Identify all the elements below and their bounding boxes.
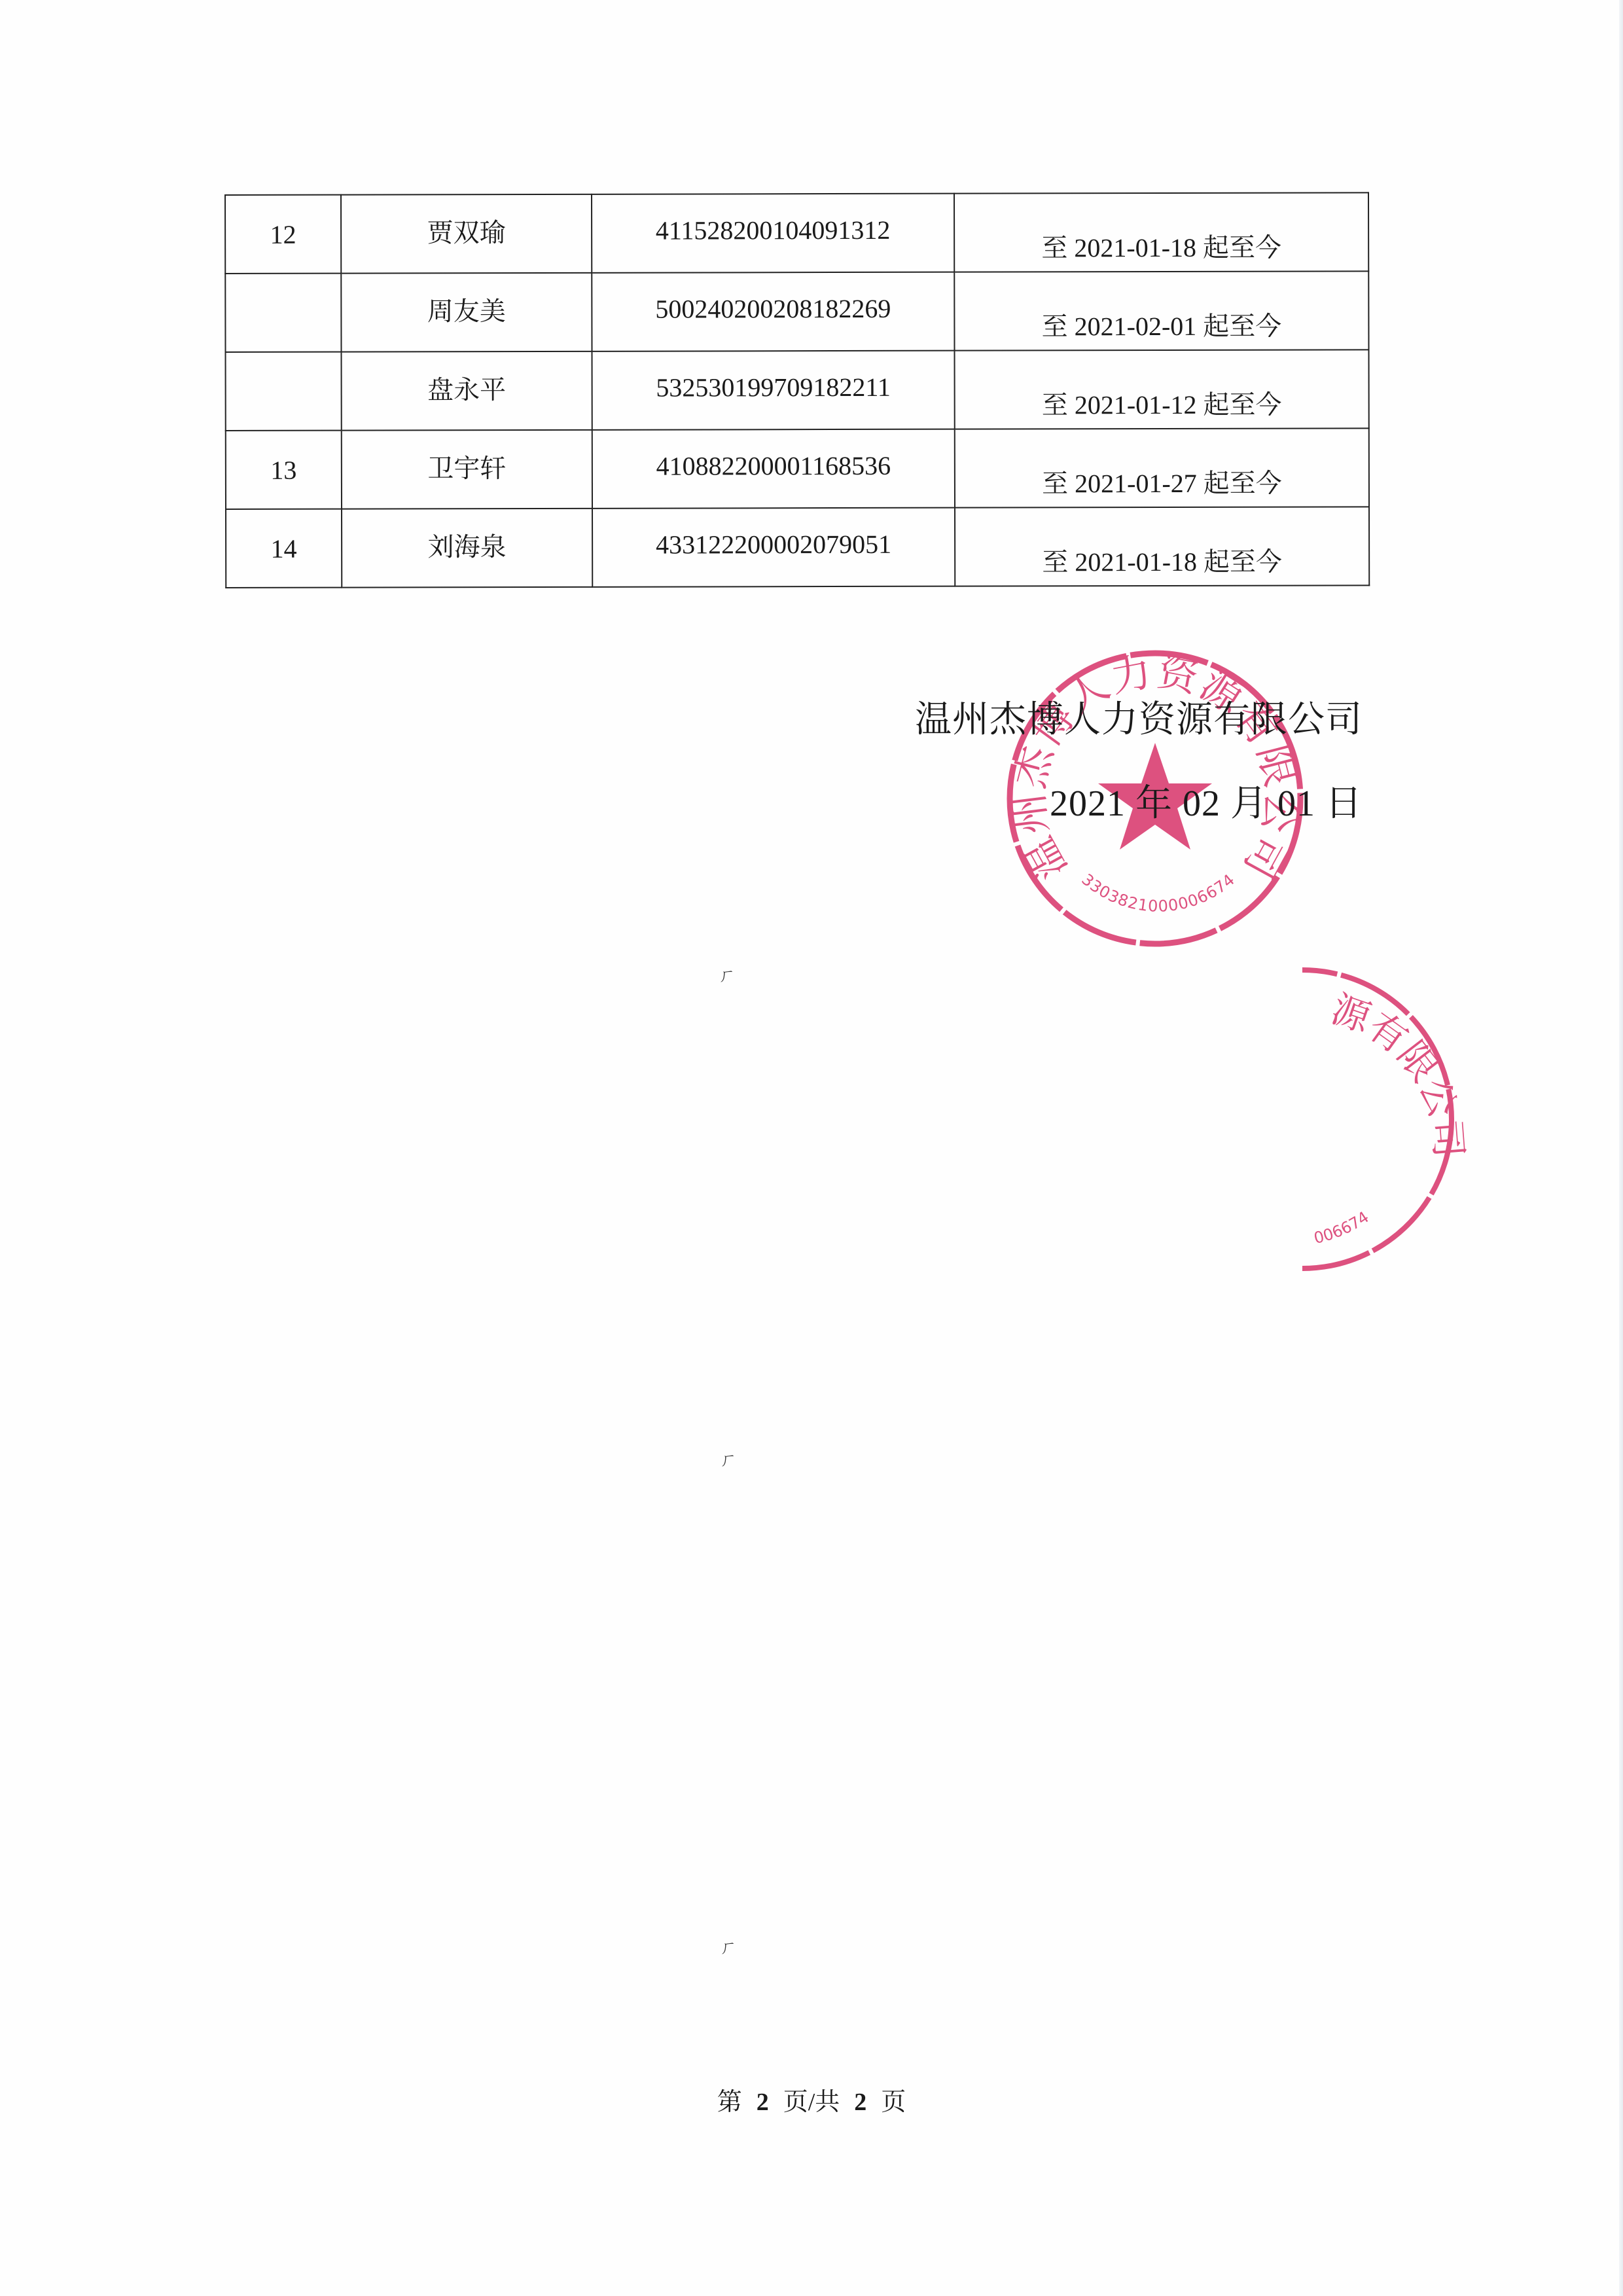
table-row: 盘永平532530199709182211至 2021-01-12 起至今 bbox=[226, 350, 1369, 431]
id-number: 410882200001168536 bbox=[592, 429, 955, 509]
employment-period: 至 2021-02-01 起至今 bbox=[954, 271, 1368, 350]
table-row: 14刘海泉433122200002079051至 2021-01-18 起至今 bbox=[226, 507, 1369, 588]
scan-speck: ㄏ bbox=[720, 1934, 737, 1958]
svg-text:3303821000006674: 3303821000006674 bbox=[1078, 870, 1238, 916]
employee-name: 盘永平 bbox=[342, 351, 592, 431]
page-suffix: 页 bbox=[881, 2089, 906, 2116]
scan-speck: ㄏ bbox=[720, 1446, 737, 1471]
svg-text:源有限公司: 源有限公司 bbox=[1326, 986, 1471, 1159]
employment-period: 至 2021-01-18 起至今 bbox=[954, 192, 1368, 272]
table-row: 12贾双瑜411528200104091312至 2021-01-18 起至今 bbox=[225, 192, 1368, 274]
row-number: 14 bbox=[226, 509, 342, 588]
employee-table: 12贾双瑜411528200104091312至 2021-01-18 起至今周… bbox=[224, 192, 1370, 588]
id-number: 500240200208182269 bbox=[592, 272, 954, 351]
scan-page-edge bbox=[1619, 0, 1623, 2296]
id-number: 411528200104091312 bbox=[592, 194, 954, 273]
row-number bbox=[226, 352, 342, 431]
page-number: 第2页/共2页 bbox=[0, 2081, 1623, 2117]
table-row: 13卫宇轩410882200001168536至 2021-01-27 起至今 bbox=[226, 428, 1369, 509]
signature-company: 温州杰博人力资源有限公司 bbox=[915, 691, 1363, 743]
page-prefix: 第 bbox=[717, 2089, 742, 2116]
signature-date: 2021 年 02 月 01 日 bbox=[1050, 774, 1363, 827]
scan-speck: ㄏ bbox=[719, 962, 736, 986]
employee-name: 周友美 bbox=[341, 273, 592, 352]
id-number: 532530199709182211 bbox=[592, 351, 955, 430]
svg-text:006674: 006674 bbox=[1312, 1208, 1372, 1247]
total-pages: 2 bbox=[854, 2089, 866, 2116]
row-number: 13 bbox=[226, 431, 342, 509]
row-number: 12 bbox=[225, 195, 341, 274]
partial-seal-icon: 源有限公司 006674 bbox=[1302, 962, 1610, 1276]
employment-period: 至 2021-01-18 起至今 bbox=[955, 507, 1369, 586]
page-middle: 页/共 bbox=[783, 2089, 840, 2116]
table-row: 周友美500240200208182269至 2021-02-01 起至今 bbox=[225, 271, 1368, 352]
employee-name: 贾双瑜 bbox=[341, 194, 592, 274]
employee-name: 刘海泉 bbox=[342, 509, 592, 588]
row-number bbox=[225, 274, 341, 352]
id-number: 433122200002079051 bbox=[592, 508, 955, 587]
employment-period: 至 2021-01-12 起至今 bbox=[955, 350, 1369, 429]
employment-period: 至 2021-01-27 起至今 bbox=[955, 428, 1369, 507]
employee-name: 卫宇轩 bbox=[342, 430, 592, 509]
current-page: 2 bbox=[757, 2089, 769, 2116]
